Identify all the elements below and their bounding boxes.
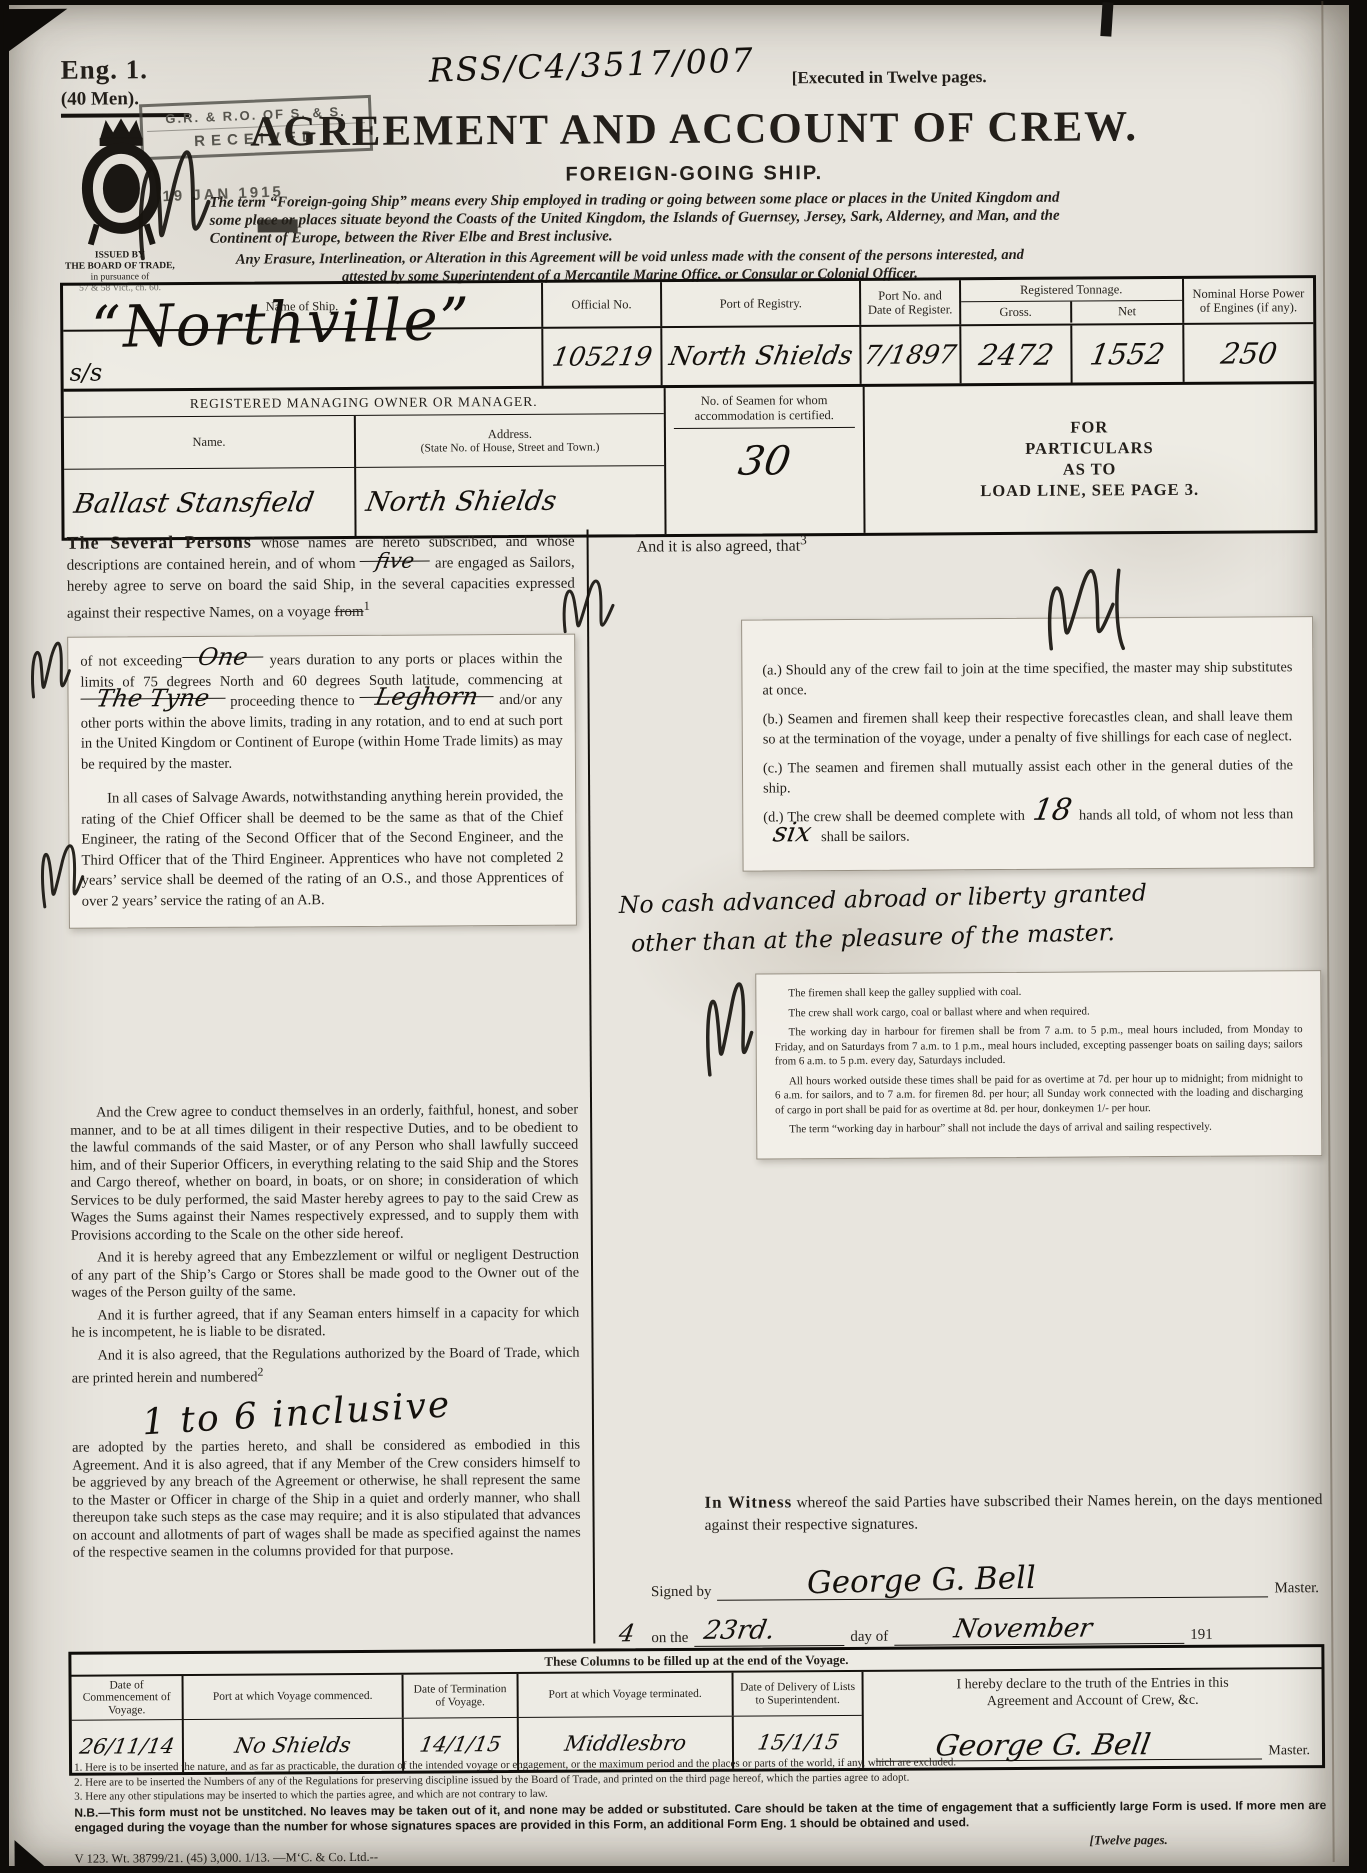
document-title: AGREEMENT AND ACCOUNT OF CREW. [229,102,1159,157]
ship-table-value-row: s/s “Northville” 105219 North Shields 7/… [63,324,1313,392]
in-witness-paragraph: In Witness whereof the said Parties have… [704,1488,1322,1537]
in-witness-lead: In Witness [704,1492,792,1512]
owner-address-subheader: (State No. of House, Street and Town.) [421,441,600,454]
nb-warning: N.B.—This form must not be unstitched. N… [74,1798,1326,1835]
voyage-text1: of not exceeding [80,653,182,670]
handwritten-year-digit: 4 [617,1619,637,1647]
port-registry-handwritten: North Shields [667,340,855,371]
owner-name-handwritten: Ballast Stansfield [72,487,316,519]
horse-power-handwritten: 250 [1218,336,1279,370]
owner-address-header-cell: Address. (State No. of House, Street and… [354,414,664,467]
regulations-text: And it is also agreed, that the Regulati… [72,1344,580,1386]
foreign-going-definition: The term “Foreign-going Ship” means ever… [209,189,1059,248]
fine-print-work-cargo: The crew shall work cargo, coal or balla… [774,1003,1302,1021]
handwritten-leghorn: Leghorn [360,696,495,698]
footnotes-block: 1. Here is to be inserted the nature, an… [74,1753,1326,1804]
header-date-delivery: Date of Delivery of Lists to Superintend… [732,1672,862,1716]
paper-sheet: Eng. 1. (40 Men). RSS/C4/3517/007 [Execu… [9,5,1349,1866]
owner-section-row: REGISTERED MANAGING OWNER OR MANAGER. Na… [64,384,1315,538]
handwritten-month: November [952,1613,1095,1644]
header-net: Net [1070,301,1182,323]
signature-rule: George G. Bell [717,1563,1268,1600]
left-column: The Several Persons whose names are here… [67,530,581,1568]
clause-c: (c.) The seamen and firemen shall mutual… [763,756,1293,799]
owner-name-cell: Ballast Stansfield [64,468,354,538]
seamen-accommodation-header: No. of Seamen for whom accommodation is … [674,393,855,429]
port-no-date-handwritten: 7/1897 [862,340,959,371]
several-persons-paragraph: The Several Persons whose names are here… [67,530,576,625]
twelve-pages-note: [Twelve pages. [1089,1832,1167,1848]
seamen-count-handwritten: 30 [735,438,794,484]
ship-name-cell: s/s “Northville” [63,329,541,389]
owner-address-handwritten: North Shields [364,485,559,517]
handwritten-margin-initials-2 [34,827,90,917]
fine-print-harbour-term: The term “working day in harbour” shall … [775,1120,1303,1138]
ink-smudge [258,219,298,232]
owner-section-title: REGISTERED MANAGING OWNER OR MANAGER. [64,388,664,418]
underlying-page-edge [1321,1,1334,1862]
handwritten-initials-scribble-right [1037,544,1148,665]
month-rule: November [894,1614,1184,1646]
page-content: Eng. 1. (40 Men). RSS/C4/3517/007 [Execu… [3,1,1354,1870]
form-number: Eng. 1. [61,54,148,86]
scan-mark-top [1100,2,1113,37]
special-clauses-slip: (a.) Should any of the crew fail to join… [741,616,1315,871]
header-horse-power: Nominal Horse Power of Engines (if any). [1182,278,1314,323]
crew-obligations-block: And the Crew agree to conduct themselves… [70,1102,581,1563]
handwritten-day: 23rd. [702,1615,778,1645]
footnote-marker-1: 1 [364,599,370,613]
owner-name-header: Name. [192,435,225,450]
salvage-awards-paragraph: In all cases of Salvage Awards, notwiths… [81,786,564,912]
document-subtitle: FOREIGN-GOING SHIP. [229,160,1159,189]
gross-tonnage-cell: 2472 [959,326,1071,384]
clause-d-text2: hands all told, of whom not less than [1079,807,1293,824]
fine-print-galley-coal: The firemen shall keep the galley suppli… [774,984,1302,1002]
on-the-label: on the [651,1630,688,1647]
ship-prefix: s/s [69,359,102,387]
regulations-paragraph: And it is also agreed, that the Regulati… [72,1344,580,1388]
footnote-marker-3: 3 [800,532,807,547]
horse-power-cell: 250 [1182,324,1314,382]
clause-d: (d.) The crew shall be deemed complete w… [763,805,1293,848]
header-port-of-registry: Port of Registry. [660,281,859,326]
header-official-no: Official No. [541,282,661,327]
seamen-accommodation-cell: No. of Seamen for whom accommodation is … [664,387,864,534]
in-witness-text: whereof the said Parties have subscribed… [705,1491,1323,1534]
date-commencement-handwritten: 26/11/14 [78,1734,176,1759]
declaration-line2: Agreement and Account of Crew, &c. [864,1691,1322,1711]
torn-corner-top-left [3,9,67,55]
clause-d-text3: shall be sailors. [821,829,910,846]
year-printed: 191 [1190,1627,1213,1644]
port-no-date-cell: 7/1897 [859,326,959,384]
footnote-marker-2: 2 [257,1365,263,1379]
official-no-cell: 105219 [541,328,661,386]
header-gross: Gross. [961,302,1071,324]
column-divider-rule [587,530,596,1644]
struck-out-from: from [334,604,363,620]
day-rule: 23rd. [694,1616,844,1647]
master-signature-line: Signed by George G. Bell Master. [651,1563,1319,1601]
day-of-label: day of [850,1629,888,1646]
working-conditions-slip: The firemen shall keep the galley suppli… [755,970,1322,1159]
signed-by-label: Signed by [651,1584,712,1601]
load-line-notice-line2: PARTICULARS [980,437,1199,459]
owner-address-cell: North Shields [354,466,664,536]
master-label: Master. [1274,1580,1319,1597]
ship-particulars-table: Name of Ship. Official No. Port of Regis… [60,275,1318,541]
owner-address-header: Address. [488,427,532,442]
clause-a: (a.) Should any of the crew fail to join… [762,658,1292,701]
handwritten-five: five [360,561,430,562]
handwritten-reference-number: RSS/C4/3517/007 [428,40,755,90]
handwritten-the-tyne: The Tyne [80,698,225,700]
fine-print-working-day: The working day in harbour for firemen s… [775,1023,1303,1070]
load-line-notice-line3: AS TO [980,458,1199,480]
net-tonnage-cell: 1552 [1070,325,1182,383]
owner-block: REGISTERED MANAGING OWNER OR MANAGER. Na… [64,388,665,538]
handwritten-monogram-scribble [124,118,255,269]
torn-corner-bottom-left [15,1840,49,1870]
handwritten-initials-scribble-fineprint [697,957,758,1087]
net-tonnage-handwritten: 1552 [1088,337,1168,371]
load-line-notice-cell: FOR PARTICULARS AS TO LOAD LINE, SEE PAG… [863,384,1315,533]
ship-name-handwritten: “Northville” [91,283,542,362]
handwritten-margin-initials-1 [25,627,75,707]
load-line-notice-line4: LOAD LINE, SEE PAGE 3. [980,479,1199,501]
scanned-crew-agreement-document: { "sups": { "one": "1", "two": "2", "thr… [0,0,1367,1873]
right-column: And it is also agreed, that3 (a.) Should… [603,529,1324,1647]
gross-tonnage-handwritten: 2472 [976,337,1056,371]
crew-agree-paragraph: And the Crew agree to conduct themselves… [70,1102,579,1245]
adopted-paragraph: are adopted by the parties hereto, and s… [72,1437,581,1563]
also-agreed-line: And it is also agreed, that3 [637,529,1317,556]
port-commenced-handwritten: No Shields [233,1733,353,1758]
load-line-notice-line1: FOR [980,416,1199,438]
several-persons-lead: The Several Persons [67,532,252,553]
executed-pages-note: [Executed in Twelve pages. [792,67,987,88]
header-tonnage-title: Registered Tonnage. [961,279,1182,302]
embezzlement-paragraph: And it is hereby agreed that any Embezzl… [71,1247,579,1303]
voyage-text3: proceeding thence to [225,693,360,710]
voyage-table-header-row: Date of Commencement of Voyage. Port at … [72,1672,862,1721]
header-date-commencement: Date of Commencement of Voyage. [72,1676,182,1720]
handwritten-strike-scribble [555,565,625,645]
disrated-paragraph: And it is further agreed, that if any Se… [71,1304,579,1342]
header-registered-tonnage: Registered Tonnage. Gross. Net [959,279,1182,324]
owner-name-header-cell: Name. [64,416,354,469]
clause-b: (b.) Seamen and firemen shall keep their… [763,707,1293,750]
official-no-handwritten: 105219 [550,342,654,373]
printer-imprint: V 123. Wt. 38799/21. (45) 3,000. 1/13. —… [75,1850,378,1867]
date-delivery-handwritten: 15/1/15 [755,1730,840,1755]
voyage-limits-paragraph: of not exceedingOne years duration to an… [80,649,563,775]
voyage-terms-slip: of not exceedingOne years duration to an… [67,634,577,929]
header-port-commenced: Port at which Voyage commenced. [182,1675,402,1719]
date-termination-handwritten: 14/1/15 [418,1732,503,1757]
also-agreed-text: And it is also agreed, that [637,538,801,556]
fine-print-overtime: All hours worked outside these times sha… [775,1071,1303,1118]
signing-date-line: on the 23rd. day of November 191 4 [651,1613,1319,1647]
master-signature-handwritten: George G. Bell [807,1560,1037,1601]
handwritten-regulations-range: 1 to 6 inclusive [141,1385,452,1444]
header-date-termination: Date of Termination of Voyage. [402,1674,517,1718]
handwritten-one-year: One [182,657,264,658]
port-registry-cell: North Shields [660,327,859,385]
header-port-terminated: Port at which Voyage terminated. [517,1673,732,1717]
header-port-no-date: Port No. and Date of Register. [859,280,959,325]
port-terminated-handwritten: Middlesbro [563,1731,688,1756]
